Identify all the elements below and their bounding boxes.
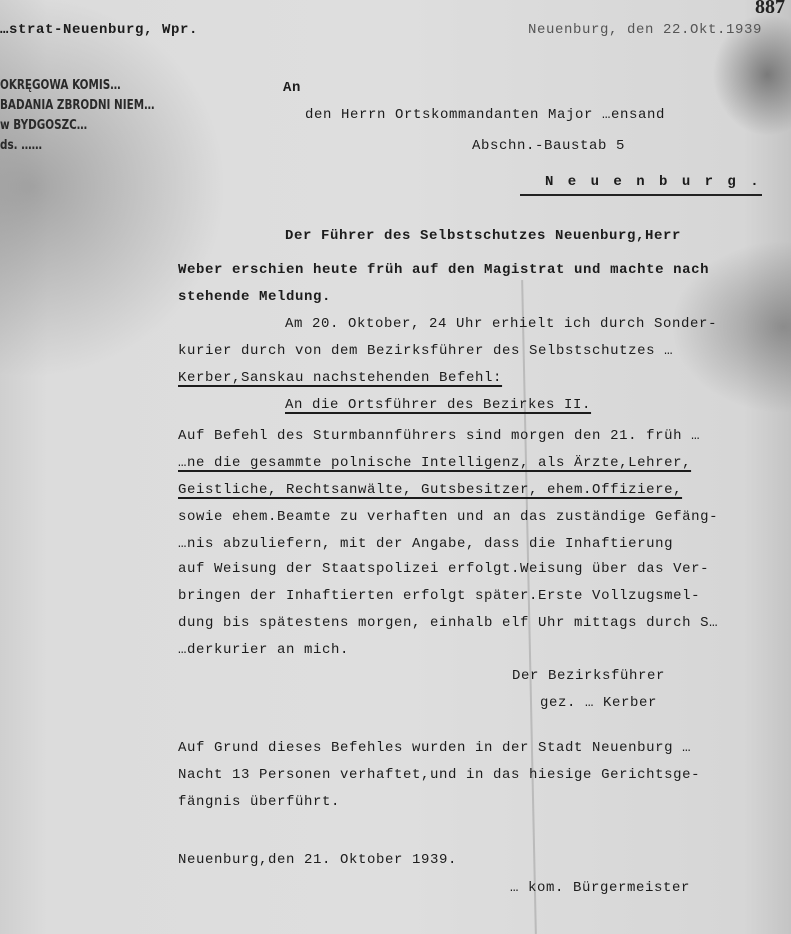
recipient-name: den Herrn Ortskommandanten Major …ensand <box>305 107 665 123</box>
stamp-line: BADANIA ZBRODNI NIEM… <box>0 96 160 116</box>
footer-date: Neuenburg,den 21. Oktober 1939. <box>178 852 457 868</box>
order-heading: An die Ortsführer des Bezirkes II. <box>285 397 591 413</box>
document-number: 887 <box>755 0 785 19</box>
body-line: Kerber,Sanskau nachstehenden Befehl: <box>178 370 502 386</box>
body-line: Auf Befehl des Sturmbannführers sind mor… <box>178 428 700 444</box>
body-line: bringen der Inhaftierten erfolgt später.… <box>178 588 700 604</box>
paper-fold-line <box>521 280 537 934</box>
recipient-unit: Abschn.-Baustab 5 <box>472 138 625 154</box>
stamp-line: OKRĘGOWA KOMIS… <box>0 76 160 96</box>
body-line: …nis abzuliefern, mit der Angabe, dass d… <box>178 536 673 552</box>
body-line: Weber erschien heute früh auf den Magist… <box>178 262 709 278</box>
body-line: Der Führer des Selbstschutzes Neuenburg,… <box>285 228 681 244</box>
scanned-document-page: 887 …strat-Neuenburg, Wpr. Neuenburg, de… <box>0 0 791 934</box>
archive-stamp: OKRĘGOWA KOMIS… BADANIA ZBRODNI NIEM… w … <box>0 76 160 156</box>
city-underline <box>520 194 762 196</box>
body-line: auf Weisung der Staatspolizei erfolgt.We… <box>178 561 709 577</box>
body-line: …ne die gesammte polnische Intelligenz, … <box>178 455 691 471</box>
body-line: sowie ehem.Beamte zu verhaften und an da… <box>178 509 718 525</box>
body-line: Am 20. Oktober, 24 Uhr erhielt ich durch… <box>285 316 717 332</box>
signature-name: gez. … Kerber <box>540 695 657 711</box>
closing-line: fängnis überführt. <box>178 794 340 810</box>
body-line: …derkurier an mich. <box>178 642 349 658</box>
body-line: kurier durch von dem Bezirksführer des S… <box>178 343 673 359</box>
recipient-to: An <box>283 80 301 96</box>
stamp-line: ds. …… <box>0 136 160 156</box>
footer-signature: … kom. Bürgermeister <box>510 880 690 896</box>
stamp-line: w BYDGOSZC… <box>0 116 160 136</box>
body-line: stehende Meldung. <box>178 289 331 305</box>
signature-title: Der Bezirksführer <box>512 668 665 684</box>
closing-line: Nacht 13 Personen verhaftet,und in das h… <box>178 767 700 783</box>
body-line: dung bis spätestens morgen, einhalb elf … <box>178 615 718 631</box>
letterhead: …strat-Neuenburg, Wpr. <box>0 22 198 38</box>
closing-line: Auf Grund dieses Befehles wurden in der … <box>178 740 691 756</box>
place-date: Neuenburg, den 22.Okt.1939 <box>528 22 762 38</box>
body-line: Geistliche, Rechtsanwälte, Gutsbesitzer,… <box>178 482 682 498</box>
recipient-city: N e u e n b u r g . <box>545 174 762 190</box>
